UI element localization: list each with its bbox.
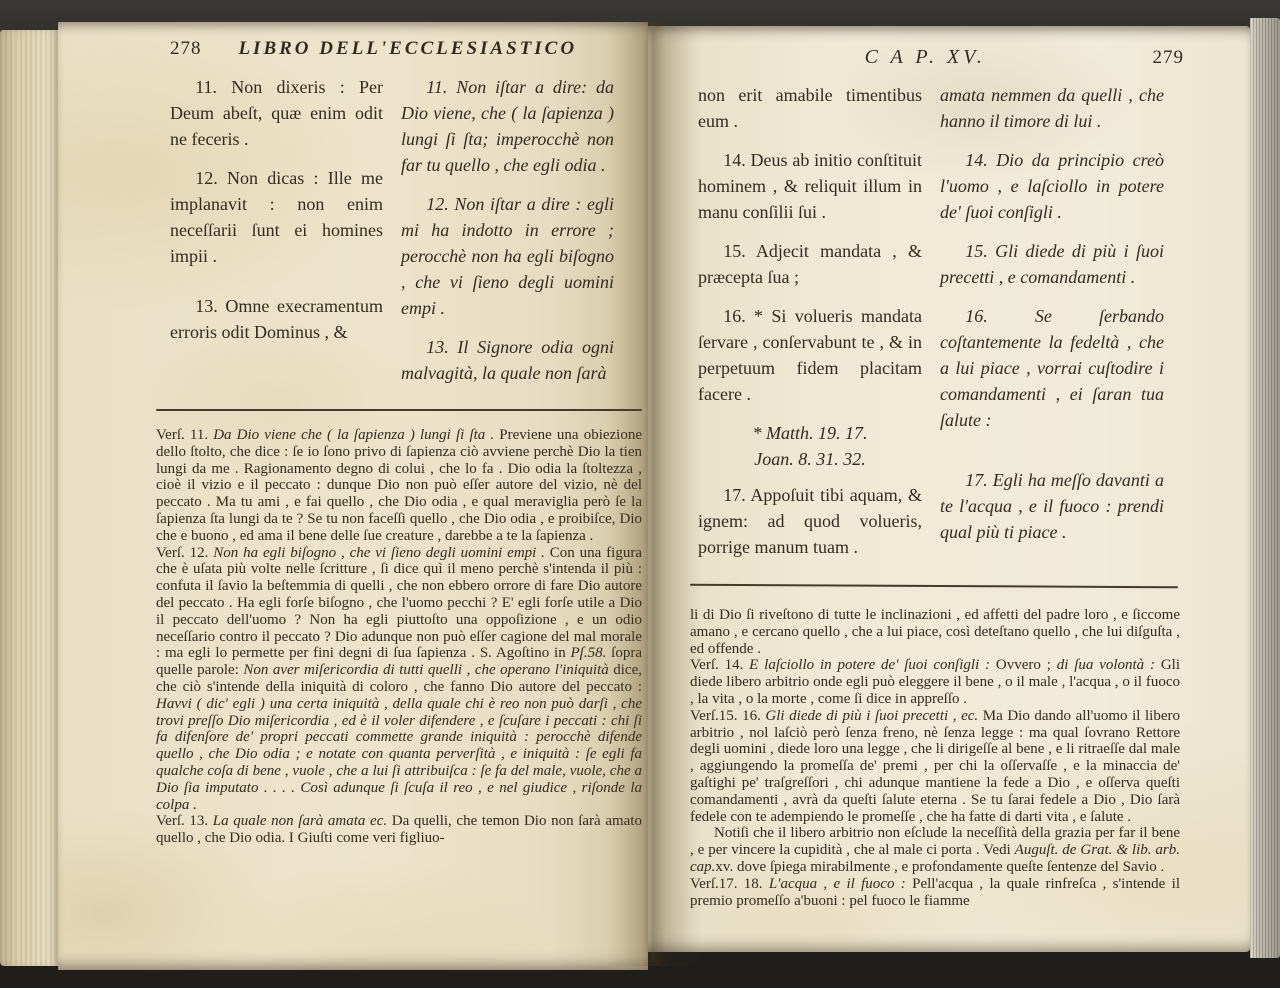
latin-column: 11. Non dixeris : Per Deum abeſt, quæ en… bbox=[170, 74, 383, 399]
verse-16-italian: 16. Se ſerbando coſtantemente la fedeltà… bbox=[940, 303, 1164, 433]
verse-16-latin: 16. * Si volueris mandata ſervare , conſ… bbox=[698, 303, 922, 407]
right-page-header: C A P. XV. 279 bbox=[698, 46, 1184, 76]
latin-column-right: non erit amabile timentibus eum . 14. De… bbox=[698, 82, 922, 573]
verse-13-italian-continuation: amata nemmen da quelli , che hanno il ti… bbox=[940, 82, 1164, 134]
left-page: 278 LIBRO DELL'ECCLESIASTICO 11. Non dix… bbox=[58, 22, 648, 970]
left-page-header: 278 LIBRO DELL'ECCLESIASTICO bbox=[170, 38, 614, 68]
right-page: C A P. XV. 279 non erit amabile timentib… bbox=[648, 26, 1250, 952]
section-divider-rule-right bbox=[690, 584, 1178, 589]
open-book-scan: 278 LIBRO DELL'ECCLESIASTICO 11. Non dix… bbox=[0, 0, 1280, 988]
italian-column: 11. Non iſtar a dire: da Dio viene, che … bbox=[401, 74, 614, 399]
verse-15-latin: 15. Adjecit mandata , & præcepta ſua ; bbox=[698, 238, 922, 290]
right-fore-edge-pages bbox=[1250, 18, 1280, 958]
scripture-ref-john: Joan. 8. 31. 32. bbox=[698, 446, 922, 472]
left-page-verse-columns: 11. Non dixeris : Per Deum abeſt, quæ en… bbox=[170, 74, 614, 399]
right-page-number: 279 bbox=[1153, 47, 1185, 69]
running-title: LIBRO DELL'ECCLESIASTICO bbox=[202, 38, 615, 60]
commentary-notisi: Notiſi che il libero arbitrio non eſclud… bbox=[690, 825, 1180, 875]
left-fore-edge-pages bbox=[0, 30, 58, 966]
commentary-vers-14: Verſ. 14. E laſciollo in potere de' ſuoi… bbox=[690, 657, 1180, 707]
gutter-crease bbox=[652, 30, 654, 960]
verse-13-latin: 13. Omne execramentum erroris odit Domin… bbox=[170, 293, 383, 345]
verse-12-latin: 12. Non dicas : Ille me implanavit : non… bbox=[170, 165, 383, 269]
verse-11-italian: 11. Non iſtar a dire: da Dio viene, che … bbox=[401, 74, 614, 178]
verse-13-latin-continuation: non erit amabile timentibus eum . bbox=[698, 82, 922, 134]
commentary-vers-11: Verſ. 11. Da Dio viene che ( la ſapienza… bbox=[156, 427, 642, 545]
commentary-vers-17-18: Verſ.17. 18. L'acqua , e il fuoco : Pell… bbox=[690, 876, 1180, 910]
commentary-vers-13: Verſ. 13. La quale non ſarà amata ec. Da… bbox=[156, 813, 642, 847]
verse-11-latin: 11. Non dixeris : Per Deum abeſt, quæ en… bbox=[170, 74, 383, 152]
verse-17-latin: 17. Appoſuit tibi aquam, & ignem: ad quo… bbox=[698, 482, 922, 560]
verse-14-italian: 14. Dio da principio creò l'uomo , e laſ… bbox=[940, 147, 1164, 225]
verse-17-italian: 17. Egli ha meſſo davanti a te l'acqua ,… bbox=[940, 467, 1164, 545]
commentary-continuation: li di Dio ſi riveſtono di tutte le incli… bbox=[690, 607, 1180, 657]
left-page-number: 278 bbox=[170, 38, 202, 60]
right-page-commentary: li di Dio ſi riveſtono di tutte le incli… bbox=[690, 607, 1180, 909]
scripture-ref-matthew: * Matth. 19. 17. bbox=[698, 420, 922, 446]
commentary-vers-12: Verſ. 12. Non ha egli biſogno , che vi ſ… bbox=[156, 545, 642, 814]
commentary-vers-15-16: Verſ.15. 16. Gli diede di più i ſuoi pre… bbox=[690, 708, 1180, 826]
chapter-heading: C A P. XV. bbox=[698, 46, 1153, 69]
right-page-verse-columns: non erit amabile timentibus eum . 14. De… bbox=[698, 82, 1184, 573]
verse-14-latin: 14. Deus ab initio conſtituit hominem , … bbox=[698, 147, 922, 225]
verse-15-italian: 15. Gli diede di più i ſuoi precetti , e… bbox=[940, 238, 1164, 290]
verse-13-italian: 13. Il Signore odia ogni malvagità, la q… bbox=[401, 334, 614, 386]
left-page-block: 278 LIBRO DELL'ECCLESIASTICO 11. Non dix… bbox=[0, 22, 648, 970]
verse-12-italian: 12. Non iſtar a dire : egli mi ha indott… bbox=[401, 191, 614, 321]
right-page-block: C A P. XV. 279 non erit amabile timentib… bbox=[648, 26, 1280, 958]
left-page-commentary: Verſ. 11. Da Dio viene che ( la ſapienza… bbox=[156, 427, 642, 847]
section-divider-rule bbox=[156, 409, 642, 411]
italian-column-right: amata nemmen da quelli , che hanno il ti… bbox=[940, 82, 1164, 573]
